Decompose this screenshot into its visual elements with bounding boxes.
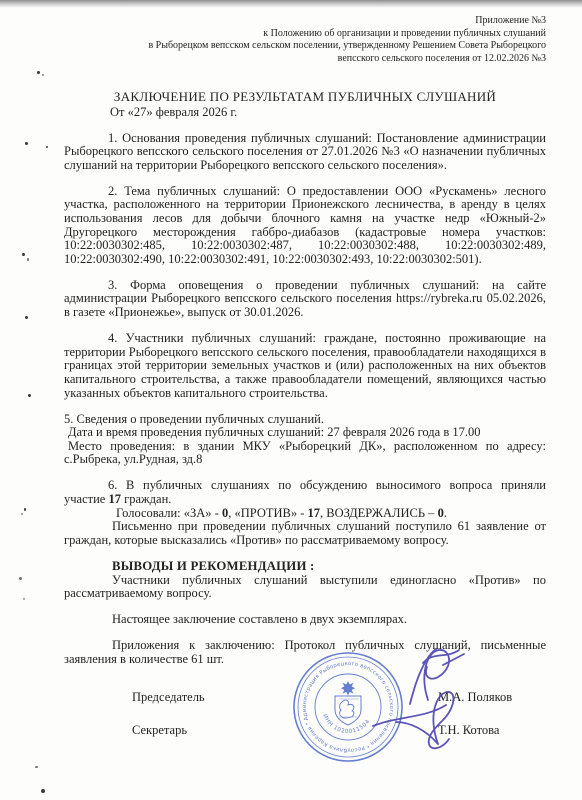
scanned-document-page: Приложение №3 к Положению об организации… — [0, 0, 582, 800]
chairman-name: М.А. Поляков — [438, 690, 512, 705]
votes-mid2: , ВОЗДЕРЖАЛИСЬ – — [320, 506, 438, 520]
signature-row-chairman: Председатель М.А. Поляков — [64, 690, 546, 704]
paragraph-5-block: 5. Сведения о проведении публичных слуша… — [64, 413, 546, 467]
paragraph-6-participation: 6. В публичных слушаниях по обсуждению в… — [64, 479, 546, 506]
conclusions-paragraph: Участники публичных слушаний выступили е… — [64, 574, 546, 601]
chairman-role-label: Председатель — [132, 690, 205, 705]
paragraph-1-grounds: 1. Основания проведения публичных слушан… — [64, 132, 546, 173]
scan-speck — [35, 766, 38, 768]
secretary-role-label: Секретарь — [132, 723, 187, 738]
document-date: От «27» февраля 2026 г. — [64, 105, 546, 119]
signature-row-secretary: Секретарь Т.Н. Котова — [64, 723, 546, 737]
paragraph-4-participants: 4. Участники публичных слушаний: граждан… — [64, 332, 546, 400]
conclusions-heading: ВЫВОДЫ И РЕКОМЕНДАЦИИ : — [64, 560, 546, 574]
paragraph-6-block: 6. В публичных слушаниях по обсуждению в… — [64, 479, 546, 547]
p6-text-post: граждан. — [121, 492, 171, 506]
secretary-name: Т.Н. Котова — [438, 723, 499, 738]
document-title: ЗАКЛЮЧЕНИЕ ПО РЕЗУЛЬТАТАМ ПУБЛИЧНЫХ СЛУШ… — [64, 89, 546, 104]
annex-header: Приложение №3 к Положению об организации… — [64, 15, 546, 65]
paragraph-5-place: Место проведения: в здании МКУ «Рыборецк… — [64, 440, 546, 467]
votes-mid1: , «ПРОТИВ» - — [228, 506, 307, 520]
votes-post: . — [444, 506, 447, 520]
copies-paragraph: Настоящее заключение составлено в двух э… — [64, 613, 546, 627]
scan-speck — [41, 789, 45, 793]
paragraph-2-topic: 2. Тема публичных слушаний: О предоставл… — [64, 185, 546, 267]
paragraph-6-written: Письменно при проведении публичных слуша… — [64, 520, 546, 547]
votes-line: Голосовали: «ЗА» - 0, «ПРОТИВ» - 17, ВОЗ… — [64, 507, 546, 521]
annex-line-2: к Положению об организации и проведении … — [64, 28, 546, 41]
attachments-paragraph: Приложения к заключению: Протокол публич… — [64, 639, 546, 666]
votes-pre: Голосовали: «ЗА» - — [116, 506, 222, 520]
annex-line-3: в Рыборецком вепсском сельском поселении… — [64, 40, 546, 53]
annex-line-1: Приложение №3 — [64, 15, 546, 28]
document-content: Приложение №3 к Положению об организации… — [0, 0, 582, 756]
paragraph-3-notification: 3. Форма оповещения о проведении публичн… — [64, 279, 546, 320]
paragraph-5-heading: 5. Сведения о проведении публичных слуша… — [64, 413, 546, 427]
annex-line-4: вепсского сельского поселения от 12.02.2… — [64, 53, 546, 66]
signature-block: Председатель М.А. Поляков Секретарь Т.Н.… — [64, 690, 546, 737]
votes-protiv-count: 17 — [308, 506, 321, 520]
paragraph-5-datetime: Дата и время проведения публичных слушан… — [64, 426, 546, 440]
p6-participant-count: 17 — [108, 492, 121, 506]
